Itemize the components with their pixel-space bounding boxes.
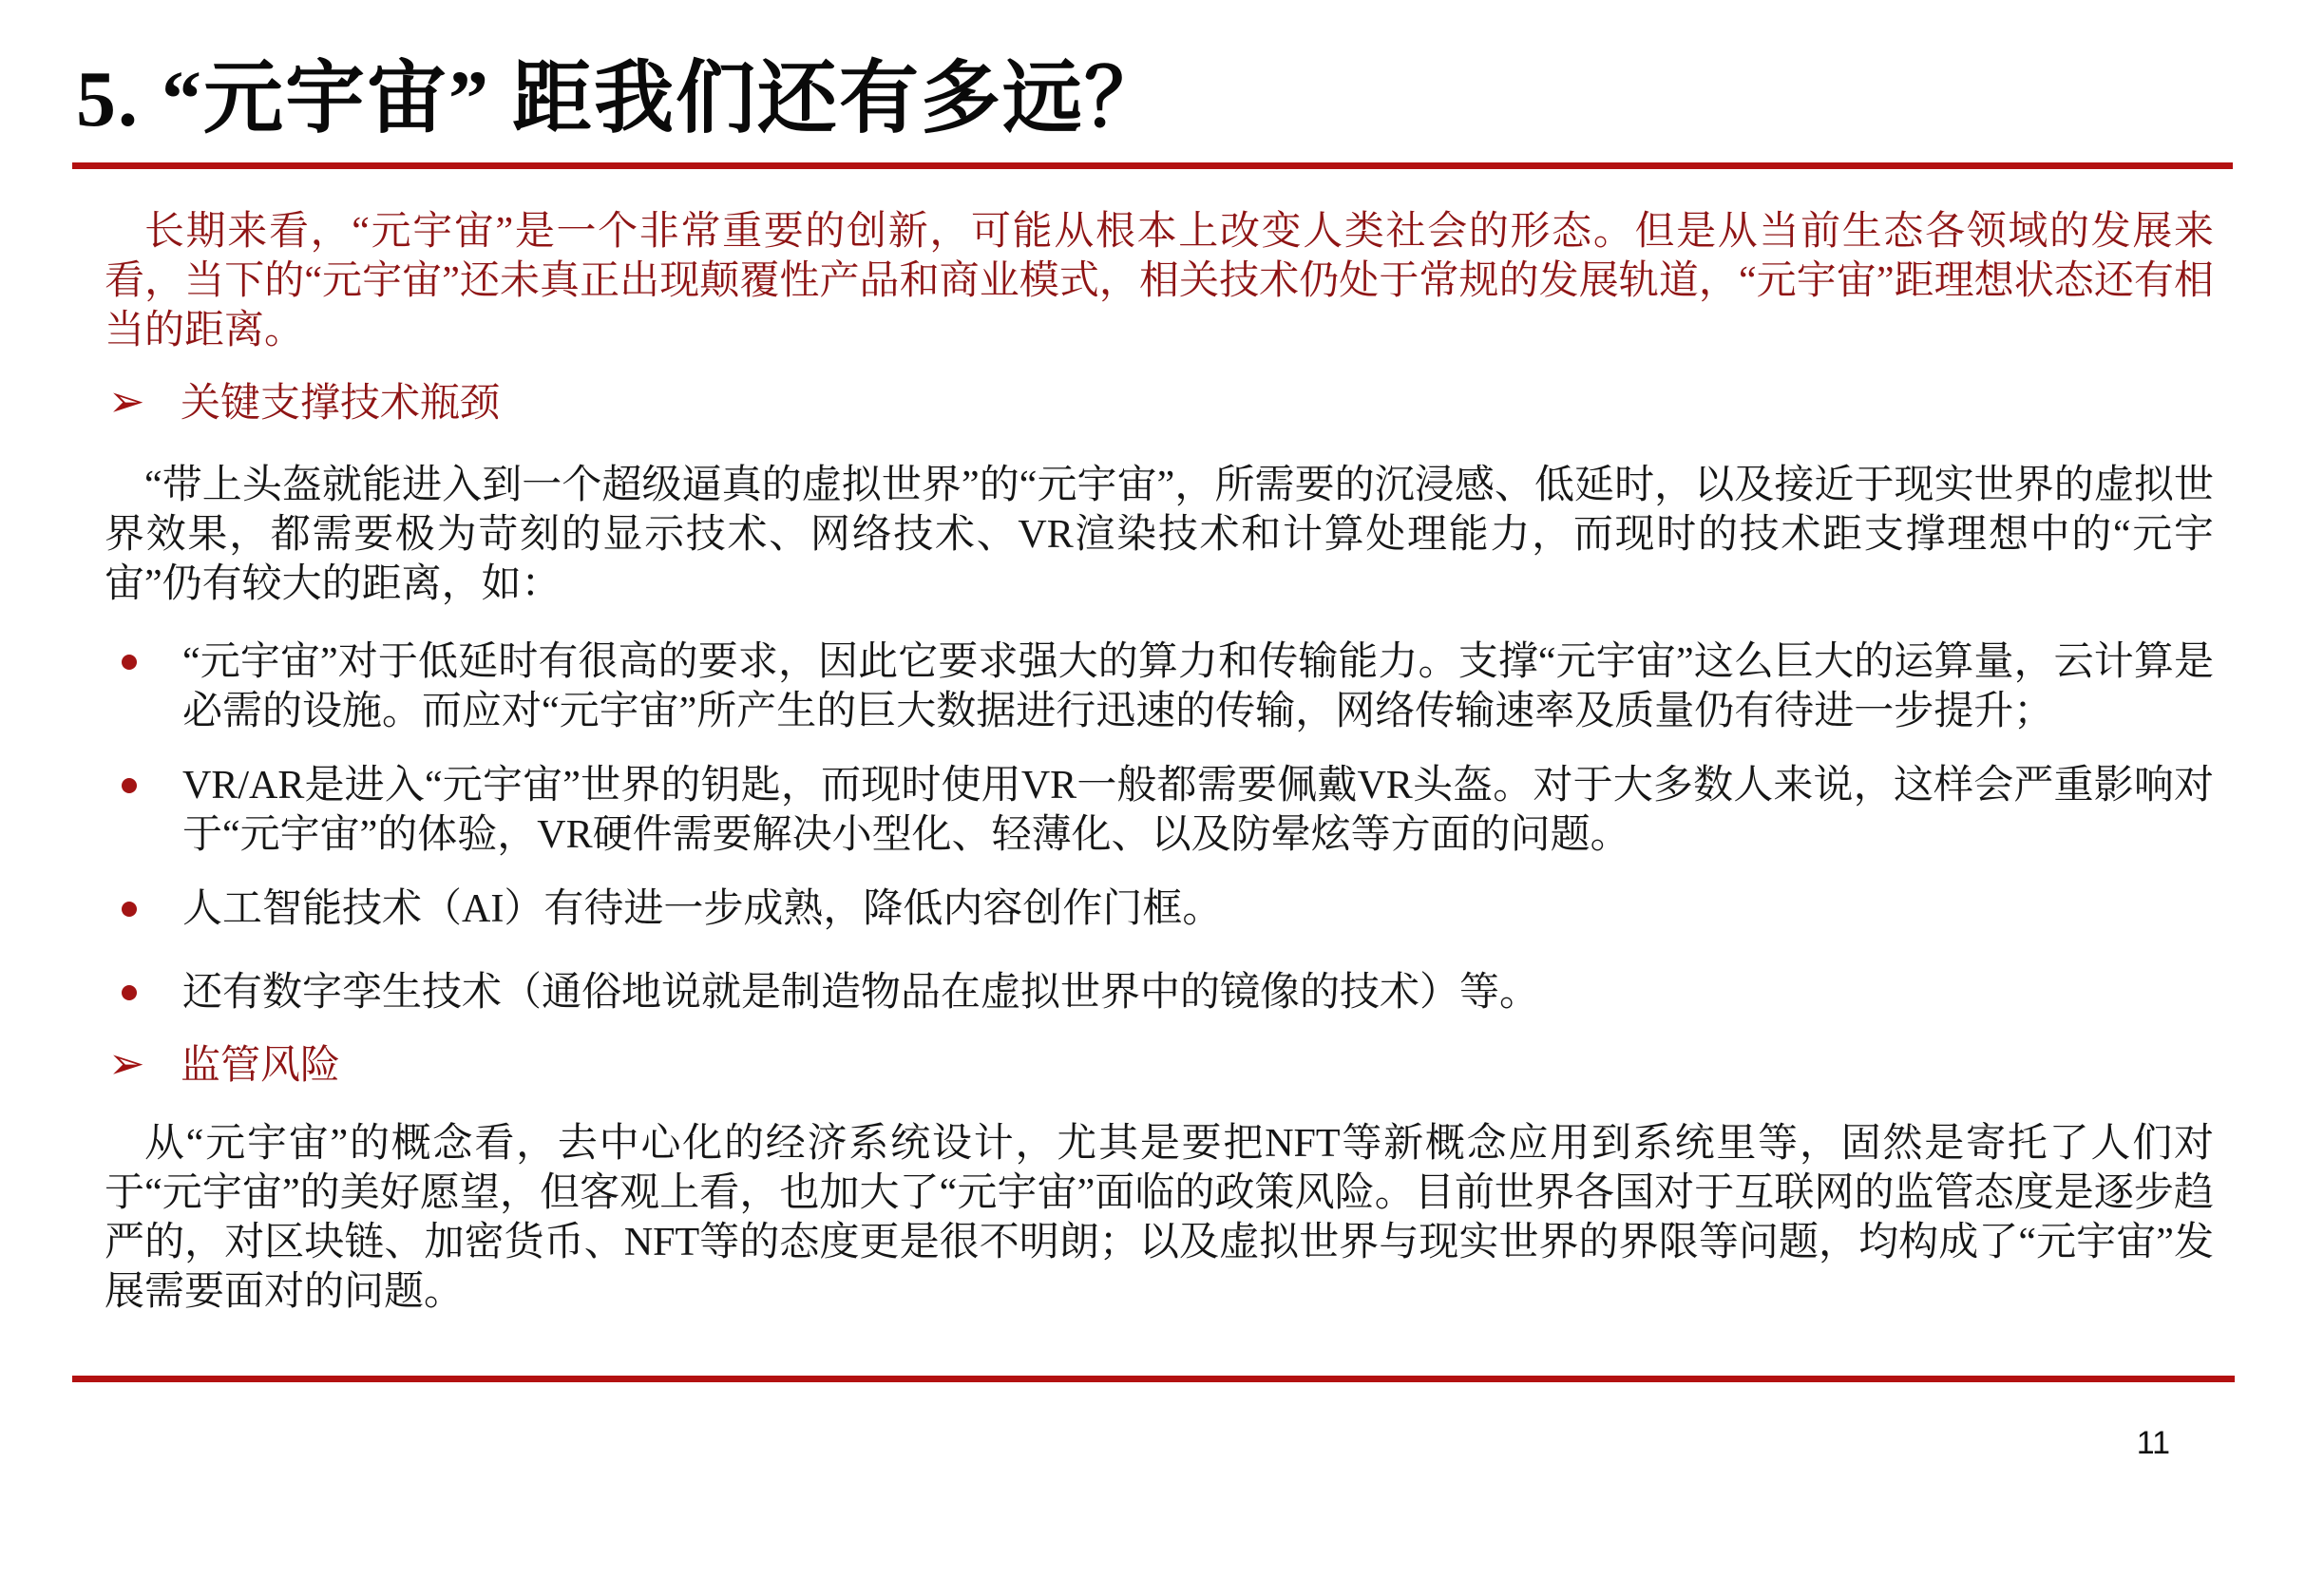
section2-paragraph: 从“元宇宙”的概念看，去中心化的经济系统设计，尤其是要把NFT等新概念应用到系统… [105, 1119, 2214, 1317]
arrow-bullet-icon: ➢ [108, 1038, 181, 1088]
title-block: 5. “元宇宙” 距我们还有多远？ [0, 0, 2305, 149]
bullet-text: VR/AR是进入“元宇宙”世界的钥匙，而现时使用VR一般都需要佩戴VR头盔。对于… [182, 764, 2214, 857]
section1-lead-paragraph: “带上头盔就能进入到一个超级逼真的虚拟世界”的“元宇宙”，所需要的沉浸感、低延时… [105, 461, 2214, 609]
dot-bullet-icon [122, 655, 137, 670]
dot-bullet-icon [122, 778, 137, 793]
title-divider [72, 162, 2233, 169]
intro-paragraph: 长期来看，“元宇宙”是一个非常重要的创新，可能从根本上改变人类社会的形态。但是从… [105, 207, 2214, 355]
page-title: 5. “元宇宙” 距我们还有多远？ [76, 49, 2219, 149]
bullet-item-latency: “元宇宙”对于低延时有很高的要求，因此它要求强大的算力和传输能力。支撑“元宇宙”… [105, 637, 2214, 736]
document-slide: 5. “元宇宙” 距我们还有多远？ 长期来看，“元宇宙”是一个非常重要的创新，可… [0, 0, 2305, 1596]
section2-heading: 监管风险 [181, 1041, 340, 1091]
section1-heading-row: ➢ 关键支撑技术瓶颈 [105, 376, 2214, 428]
bullet-list: “元宇宙”对于低延时有很高的要求，因此它要求强大的算力和传输能力。支撑“元宇宙”… [105, 637, 2214, 1017]
bullet-item-ai: 人工智能技术（AI）有待进一步成熟，降低内容创作门框。 [105, 884, 2214, 934]
bullet-text: 还有数字孪生技术（通俗地说就是制造物品在虚拟世界中的镜像的技术）等。 [182, 971, 1539, 1015]
arrow-bullet-icon: ➢ [108, 376, 181, 426]
page-number: 11 [2137, 1425, 2170, 1462]
section2-heading-row: ➢ 监管风险 [105, 1038, 2214, 1091]
dot-bullet-icon [122, 985, 137, 1000]
bullet-item-digital-twin: 还有数字孪生技术（通俗地说就是制造物品在虚拟世界中的镜像的技术）等。 [105, 968, 2214, 1017]
bullet-text: “元宇宙”对于低延时有很高的要求，因此它要求强大的算力和传输能力。支撑“元宇宙”… [182, 640, 2214, 733]
content-area: 长期来看，“元宇宙”是一个非常重要的创新，可能从根本上改变人类社会的形态。但是从… [0, 207, 2305, 1317]
bullet-text: 人工智能技术（AI）有待进一步成熟，降低内容创作门框。 [182, 887, 1222, 931]
section1-heading: 关键支撑技术瓶颈 [181, 379, 500, 428]
bullet-item-vr-ar: VR/AR是进入“元宇宙”世界的钥匙，而现时使用VR一般都需要佩戴VR头盔。对于… [105, 761, 2214, 860]
footer-divider [72, 1376, 2235, 1382]
dot-bullet-icon [122, 902, 137, 917]
